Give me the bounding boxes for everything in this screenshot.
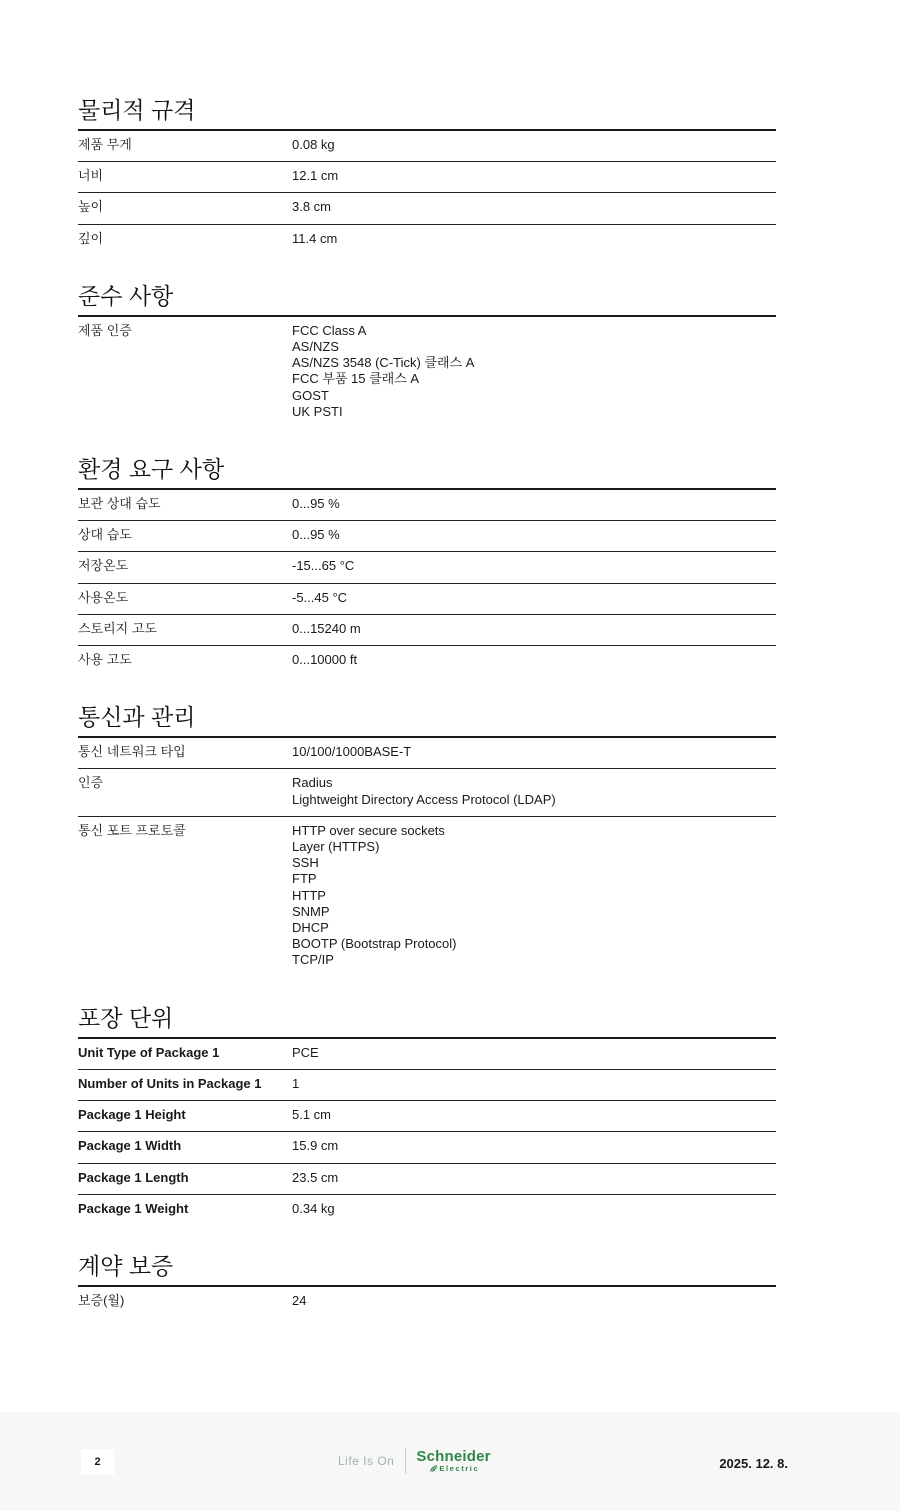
spec-label: 제품 무게 [78,137,292,153]
spec-label: Number of Units in Package 1 [78,1076,292,1092]
spec-value: 0...15240 m [292,621,776,637]
brand-sub-text: Electric [439,1465,479,1473]
section-packing-units: 포장 단위 Unit Type of Package 1 PCE Number … [78,1005,776,1225]
spec-label: 인증 [78,775,292,791]
spec-value: 0...95 % [292,527,776,543]
section-title: 준수 사항 [78,283,776,317]
spec-value: 23.5 cm [292,1170,776,1186]
section-title: 물리적 규격 [78,97,776,131]
life-is-on-tagline: Life Is On [338,1454,394,1468]
spec-value: PCE [292,1045,776,1061]
spec-value: 0...10000 ft [292,652,776,668]
spec-label: 사용온도 [78,590,292,606]
table-row: 보관 상대 습도 0...95 % [78,490,776,520]
table-row: Unit Type of Package 1 PCE [78,1039,776,1069]
table-row: 제품 인증 FCC Class A AS/NZS AS/NZS 3548 (C-… [78,317,776,428]
spec-label: Package 1 Weight [78,1201,292,1217]
spec-value: 5.1 cm [292,1107,776,1123]
section-title: 계약 보증 [78,1253,776,1287]
spec-value: -5...45 °C [292,590,776,606]
schneider-leaf-icon [429,1464,438,1473]
table-row: 높이 3.8 cm [78,192,776,223]
spec-value: 11.4 cm [292,231,776,247]
spec-label: 상대 습도 [78,527,292,543]
table-row: 상대 습도 0...95 % [78,520,776,551]
page-number: 2 [81,1449,114,1475]
table-row: 스토리지 고도 0...15240 m [78,614,776,645]
spec-label: 너비 [78,168,292,184]
table-row: Package 1 Width 15.9 cm [78,1131,776,1162]
spec-label: Unit Type of Package 1 [78,1045,292,1061]
spec-value: 15.9 cm [292,1138,776,1154]
page-footer: 2 Life Is On Schneider Electric 2025. 12… [0,1412,900,1511]
logo-divider [405,1448,406,1474]
schneider-electric-logo: Life Is On Schneider Electric [338,1448,491,1474]
spec-label: 통신 네트워크 타입 [78,744,292,760]
table-row: 통신 포트 프로토콜 HTTP over secure sockets Laye… [78,816,776,977]
table-row: Package 1 Weight 0.34 kg [78,1194,776,1225]
section-compliance: 준수 사항 제품 인증 FCC Class A AS/NZS AS/NZS 35… [78,283,776,428]
spec-value: 0...95 % [292,496,776,512]
section-title: 통신과 관리 [78,704,776,738]
table-row: 너비 12.1 cm [78,161,776,192]
section-title: 환경 요구 사항 [78,456,776,490]
spec-value: Radius Lightweight Directory Access Prot… [292,775,776,807]
spec-value: 1 [292,1076,776,1092]
spec-value: 0.08 kg [292,137,776,153]
spec-value: HTTP over secure sockets Layer (HTTPS) S… [292,823,776,969]
spec-label: Package 1 Width [78,1138,292,1154]
spec-label: Package 1 Length [78,1170,292,1186]
section-title: 포장 단위 [78,1005,776,1039]
table-row: Package 1 Length 23.5 cm [78,1163,776,1194]
brand-block: Schneider Electric [416,1449,490,1473]
spec-value: 3.8 cm [292,199,776,215]
spec-label: 보관 상대 습도 [78,496,292,512]
table-row: 깊이 11.4 cm [78,224,776,255]
spec-label: 높이 [78,199,292,215]
spec-label: 스토리지 고도 [78,621,292,637]
spec-label: 통신 포트 프로토콜 [78,823,292,839]
table-row: 사용온도 -5...45 °C [78,583,776,614]
brand-subline: Electric [429,1464,490,1473]
spec-value: FCC Class A AS/NZS AS/NZS 3548 (C-Tick) … [292,323,776,420]
table-row: 제품 무게 0.08 kg [78,131,776,161]
section-communication: 통신과 관리 통신 네트워크 타입 10/100/1000BASE-T 인증 R… [78,704,776,976]
spec-label: Package 1 Height [78,1107,292,1123]
table-row: 보증(월) 24 [78,1287,776,1317]
table-row: 통신 네트워크 타입 10/100/1000BASE-T [78,738,776,768]
section-physical-specs: 물리적 규격 제품 무게 0.08 kg 너비 12.1 cm 높이 3.8 c… [78,97,776,255]
spec-value: -15...65 °C [292,558,776,574]
spec-value: 10/100/1000BASE-T [292,744,776,760]
spec-label: 보증(월) [78,1293,292,1309]
brand-name: Schneider [416,1449,490,1464]
spec-label: 저장온도 [78,558,292,574]
datasheet-content: 물리적 규격 제품 무게 0.08 kg 너비 12.1 cm 높이 3.8 c… [78,97,776,1317]
table-row: 저장온도 -15...65 °C [78,551,776,582]
table-row: Package 1 Height 5.1 cm [78,1100,776,1131]
table-row: Number of Units in Package 1 1 [78,1069,776,1100]
section-warranty: 계약 보증 보증(월) 24 [78,1253,776,1317]
footer-date: 2025. 12. 8. [719,1456,788,1471]
table-row: 사용 고도 0...10000 ft [78,645,776,676]
spec-value: 0.34 kg [292,1201,776,1217]
spec-value: 24 [292,1293,776,1309]
spec-label: 사용 고도 [78,652,292,668]
spec-value: 12.1 cm [292,168,776,184]
section-environment: 환경 요구 사항 보관 상대 습도 0...95 % 상대 습도 0...95 … [78,456,776,676]
spec-label: 깊이 [78,231,292,247]
table-row: 인증 Radius Lightweight Directory Access P… [78,768,776,815]
spec-label: 제품 인증 [78,323,292,339]
